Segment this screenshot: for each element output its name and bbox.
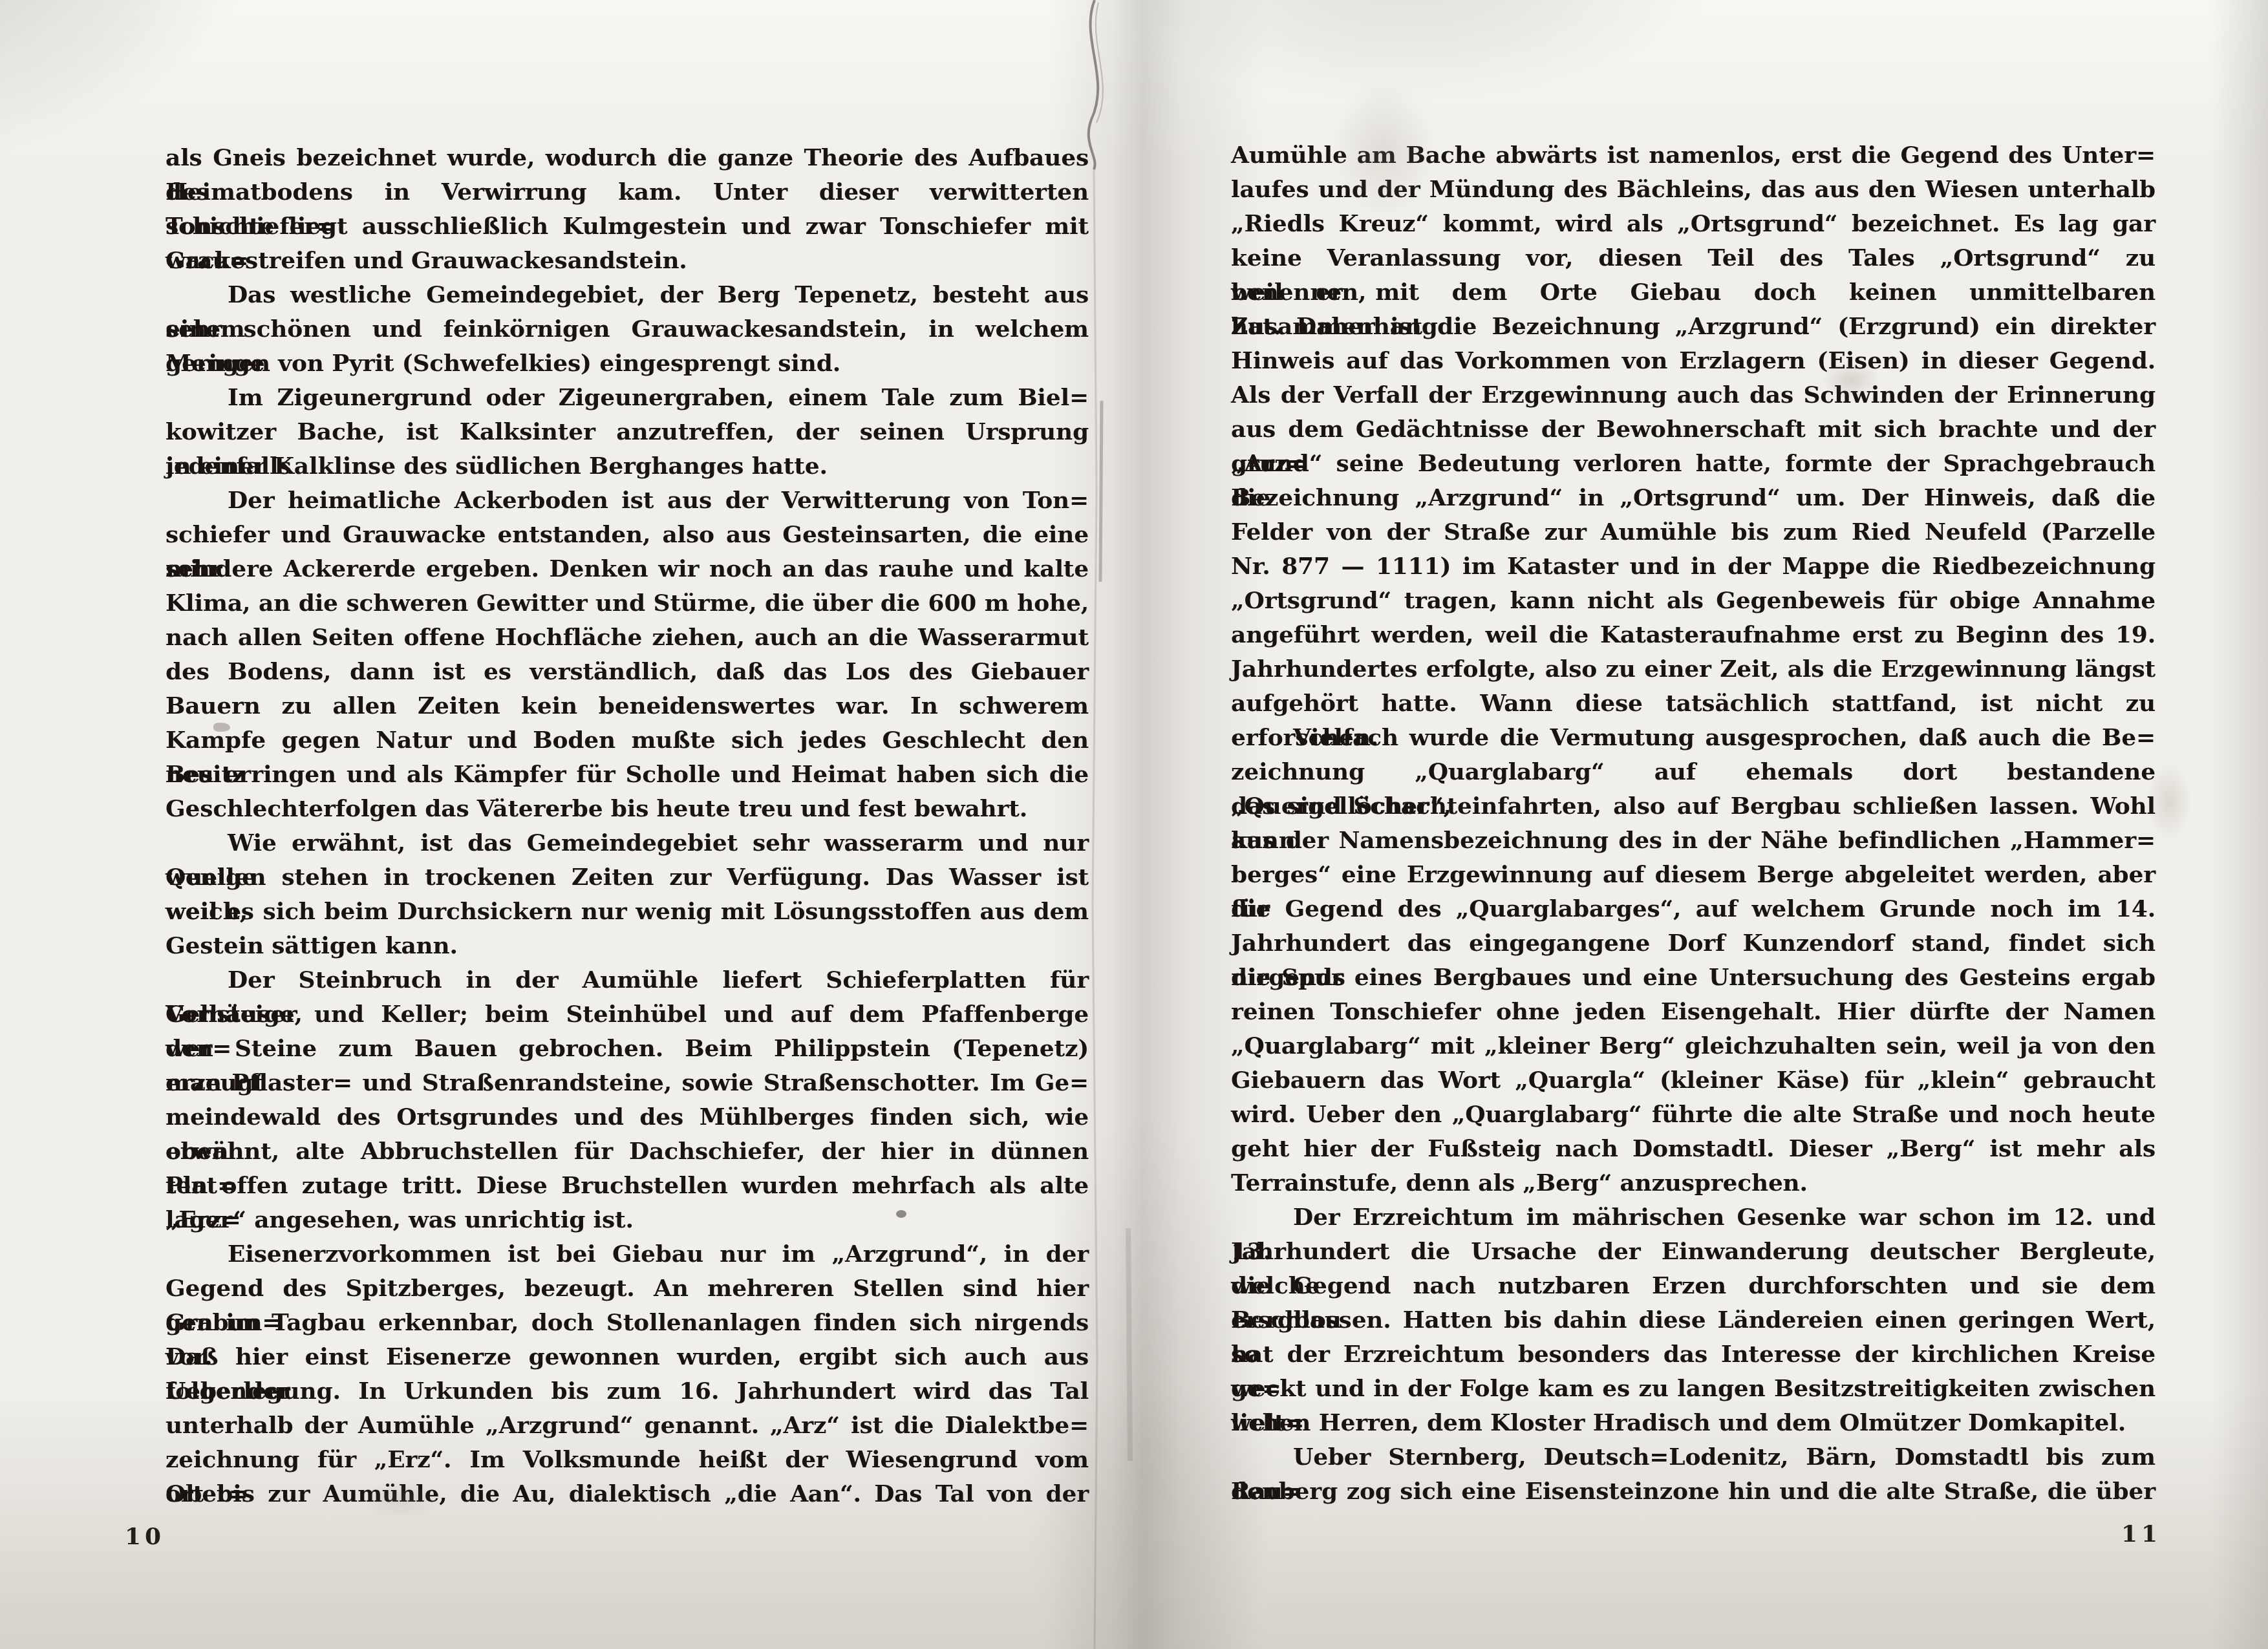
text-line: Vorhäuser und Keller; beim Steinhübel un… [166, 997, 1089, 1032]
text-line: zeichnung „Quarglabarg“ auf ehemals dort… [1231, 755, 2156, 789]
text-line: unterhalb der Aumühle „Arzgrund“ genannt… [166, 1409, 1089, 1443]
text-line: erwähnt, alte Abbruchstellen für Dachsch… [166, 1134, 1089, 1169]
text-line: das sind Schachteinfahrten, also auf Ber… [1231, 789, 2156, 824]
text-line: erschlossen. Hatten bis dahin diese Länd… [1231, 1303, 2156, 1337]
text-line: Der heimatliche Ackerboden ist aus der V… [166, 484, 1089, 518]
text-line: in einer Kalklinse des südlichen Berghan… [166, 449, 1089, 484]
text-line: Bauern zu allen Zeiten kein beneidenswer… [166, 689, 1089, 723]
text-line: gen im Tagbau erkennbar, doch Stollenanl… [166, 1306, 1089, 1340]
text-line: weil es sich beim Durchsickern nur wenig… [166, 895, 1089, 929]
text-line: Terrainstufe, denn als „Berg“ anzusprech… [1231, 1166, 2156, 1200]
text-line: Das westliche Gemeindegebiet, der Berg T… [166, 278, 1089, 312]
text-line: „Quarglabarg“ mit „kleiner Berg“ gleichz… [1231, 1029, 2156, 1063]
text-line: Klima, an die schweren Gewitter und Stür… [166, 586, 1089, 621]
text-line: Als der Verfall der Erzgewinnung auch da… [1231, 378, 2156, 412]
page-number: 10 [125, 1523, 165, 1550]
text-line: wackestreifen und Grauwackesandstein. [166, 244, 1089, 278]
text-line: nach allen Seiten offene Hochfläche zieh… [166, 621, 1089, 655]
text-line: wird. Ueber den „Quarglabarg“ führte die… [1231, 1098, 2156, 1132]
text-line: Der Steinbruch in der Aumühle liefert Sc… [166, 963, 1089, 997]
text-line: meindewald des Ortsgrundes und des Mühlb… [166, 1100, 1089, 1134]
text-line: des Bodens, dann ist es verständlich, da… [166, 655, 1089, 689]
page-left: als Gneis bezeichnet wurde, wodurch die … [0, 0, 1134, 1649]
text-line: Jahrhundert das eingegangene Dorf Kunzen… [1231, 926, 2156, 961]
book-spread: als Gneis bezeichnet wurde, wodurch die … [0, 0, 2268, 1649]
text-line: Mengen von Pyrit (Schwefelkies) eingespr… [166, 346, 1089, 381]
text-line: Quellen stehen in trockenen Zeiten zur V… [166, 860, 1089, 895]
text-line: Geschlechterfolgen das Vätererbe bis heu… [166, 792, 1089, 826]
text-line: laufes und der Mündung des Bächleins, da… [1231, 173, 2156, 207]
text-line: lichen Herren, dem Kloster Hradisch und … [1231, 1406, 2156, 1440]
text-line: Aumühle am Bache abwärts ist namenlos, e… [1231, 138, 2156, 173]
text-line: den Steine zum Bauen gebrochen. Beim Phi… [166, 1032, 1089, 1066]
text-line: „Ortsgrund“ tragen, kann nicht als Gegen… [1231, 584, 2156, 618]
text-line: Gegend des Spitzberges, bezeugt. An mehr… [166, 1271, 1089, 1306]
text-line: „Riedls Kreuz“ kommt, wird als „Ortsgrun… [1231, 207, 2156, 241]
page-right: Aumühle am Bache abwärts ist namenlos, e… [1134, 0, 2268, 1649]
text-line: mindere Ackererde ergeben. Denken wir no… [166, 552, 1089, 586]
text-line: kowitzer Bache, ist Kalksinter anzutreff… [166, 415, 1089, 449]
text-line: grund“ seine Bedeutung verloren hatte, f… [1231, 447, 2156, 481]
text-line: Giebauern das Wort „Quargla“ (kleiner Kä… [1231, 1063, 2156, 1098]
text-line: Im Zigeunergrund oder Zigeunergraben, ei… [166, 381, 1089, 415]
text-line: Nr. 877 — 1111) im Kataster und in der M… [1231, 549, 2156, 584]
text-line: reinen Tonschiefer ohne jeden Eisengehal… [1231, 995, 2156, 1029]
page-text: als Gneis bezeichnet wurde, wodurch die … [166, 141, 1089, 1511]
page-text: Aumühle am Bache abwärts ist namenlos, e… [1231, 138, 2156, 1509]
text-line: denberg zog sich eine Eisensteinzone hin… [1231, 1474, 2156, 1509]
text-line: Bezeichnung „Arzgrund“ in „Ortsgrund“ um… [1231, 481, 2156, 515]
text-line: Ueber Sternberg, Deutsch=Lodenitz, Bärn,… [1231, 1440, 2156, 1474]
text-line: neu erringen und als Kämpfer für Scholle… [166, 758, 1089, 792]
text-line: Jahrhundert die Ursache der Einwanderung… [1231, 1235, 2156, 1269]
text-line: schichte liegt ausschließlich Kulmgestei… [166, 209, 1089, 244]
text-line: ten offen zutage tritt. Diese Bruchstell… [166, 1169, 1089, 1203]
text-line: schiefer und Grauwacke entstanden, also … [166, 518, 1089, 552]
text-line: aus dem Gedächtnisse der Bewohnerschaft … [1231, 412, 2156, 447]
text-line: Hinweis auf das Vorkommen von Erzlagern … [1231, 344, 2156, 378]
text-line: Wie erwähnt, ist das Gemeindegebiet sehr… [166, 826, 1089, 860]
text-line: geht hier der Fußsteig nach Domstadtl. D… [1231, 1132, 2156, 1166]
text-line: die Gegend nach nutzbaren Erzen durchfor… [1231, 1269, 2156, 1303]
text-line: Ueberlegung. In Urkunden bis zum 16. Jah… [166, 1374, 1089, 1409]
text-line: aufgehört hatte. Wann diese tatsächlich … [1231, 686, 2156, 721]
text-line: Felder von der Straße zur Aumühle bis zu… [1231, 515, 2156, 549]
text-line: Vielfach wurde die Vermutung ausgesproch… [1231, 721, 2156, 755]
text-line: weckt und in der Folge kam es zu langen … [1231, 1372, 2156, 1406]
text-line: als Gneis bezeichnet wurde, wodurch die … [166, 141, 1089, 175]
text-line: Gestein sättigen kann. [166, 929, 1089, 963]
text-line: hat. Daher ist die Bezeichnung „Arzgrund… [1231, 310, 2156, 344]
text-line: die Gegend des „Quarglabarges“, auf welc… [1231, 892, 2156, 926]
text-line: Daß hier einst Eisenerze gewonnen wurden… [166, 1340, 1089, 1374]
text-line: ort bis zur Aumühle, die Au, dialektisch… [166, 1477, 1089, 1511]
text-line: lager“ angesehen, was unrichtig ist. [166, 1203, 1089, 1237]
text-line: die Spur eines Bergbaues und eine Unters… [1231, 961, 2156, 995]
text-line: Jahrhundertes erfolgte, also zu einer Ze… [1231, 652, 2156, 686]
text-line: Der Erzreichtum im mährischen Gesenke wa… [1231, 1200, 2156, 1235]
text-line: hat der Erzreichtum besonders das Intere… [1231, 1337, 2156, 1372]
text-line: weil er mit dem Orte Giebau doch keinen … [1231, 275, 2156, 310]
text-line: Kampfe gegen Natur und Boden mußte sich … [166, 723, 1089, 758]
text-line: Eisenerzvorkommen ist bei Giebau nur im … [166, 1237, 1089, 1271]
text-line: berges“ eine Erzgewinnung auf diesem Ber… [1231, 858, 2156, 892]
text-line: sehr schönen und feinkörnigen Grauwackes… [166, 312, 1089, 346]
text-line: man Pflaster= und Straßenrandsteine, sow… [166, 1066, 1089, 1100]
text-line: angeführt werden, weil die Katasteraufna… [1231, 618, 2156, 652]
text-line: Heimatbodens in Verwirrung kam. Unter di… [166, 175, 1089, 209]
text-line: zeichnung für „Erz“. Im Volksmunde heißt… [166, 1443, 1089, 1477]
text-line: keine Veranlassung vor, diesen Teil des … [1231, 241, 2156, 275]
text-line: aus der Namensbezeichnung des in der Näh… [1231, 824, 2156, 858]
page-number: 11 [2121, 1520, 2161, 1548]
